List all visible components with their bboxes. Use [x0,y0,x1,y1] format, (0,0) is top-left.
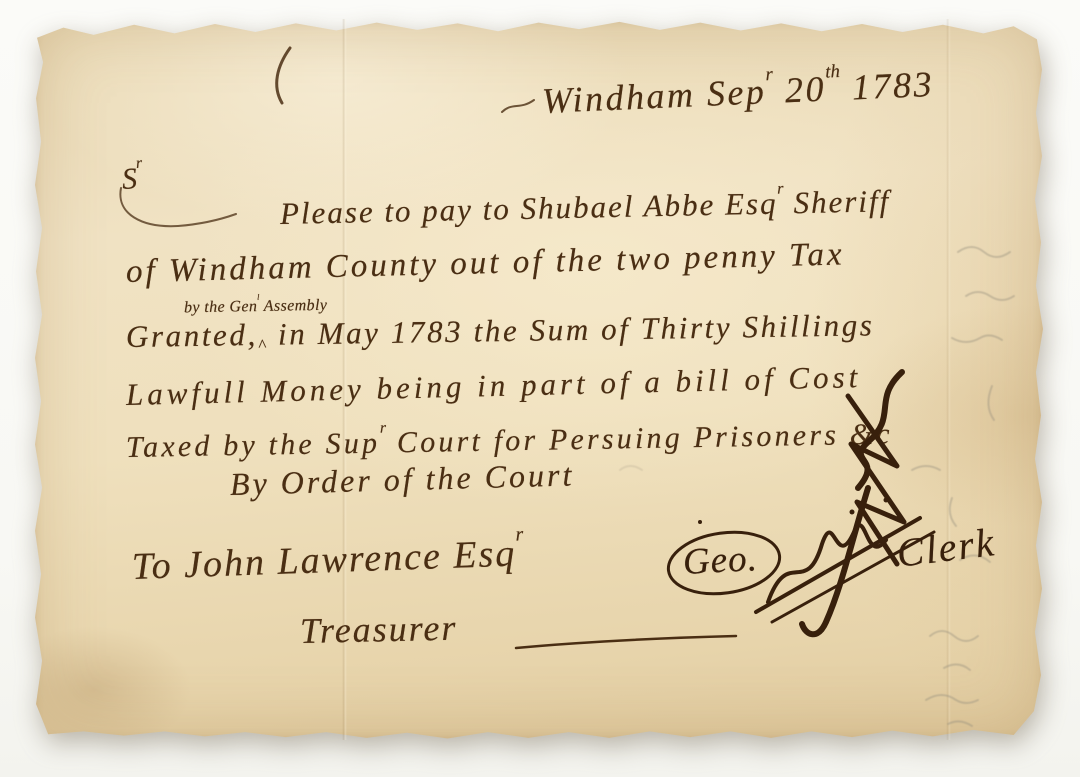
scanned-document: Windham Sepr 20th 1783 Sr Please to pay … [0,0,1080,777]
line5-sup: r [380,420,386,437]
insertion-pre: by the Gen [184,298,258,316]
insertion-post: Assembly [259,297,327,315]
dateline-day: 20 [773,69,827,111]
insertion-sup: l [257,293,259,302]
dateline-year: 1783 [840,64,935,108]
addressee-sup: r [515,524,523,546]
line3-pre: Granted, [126,317,258,354]
dateline-sup2: th [825,61,840,83]
interlinear-insertion: by the Genl Assembly [184,296,328,317]
addressee-title-treasurer: Treasurer [300,607,458,652]
line1-post: Sheriff [783,183,890,220]
salutation-sup: r [135,155,142,172]
signature-given-name: Geo. [682,537,759,584]
dateline-place: Windham Sep [541,71,767,121]
line5-pre: Taxed by the Sup [126,427,381,464]
insertion-caret: ^ [258,336,268,355]
salutation: Sr [121,162,144,197]
dateline-sup1: r [765,64,773,85]
line1-sup: r [777,180,784,197]
